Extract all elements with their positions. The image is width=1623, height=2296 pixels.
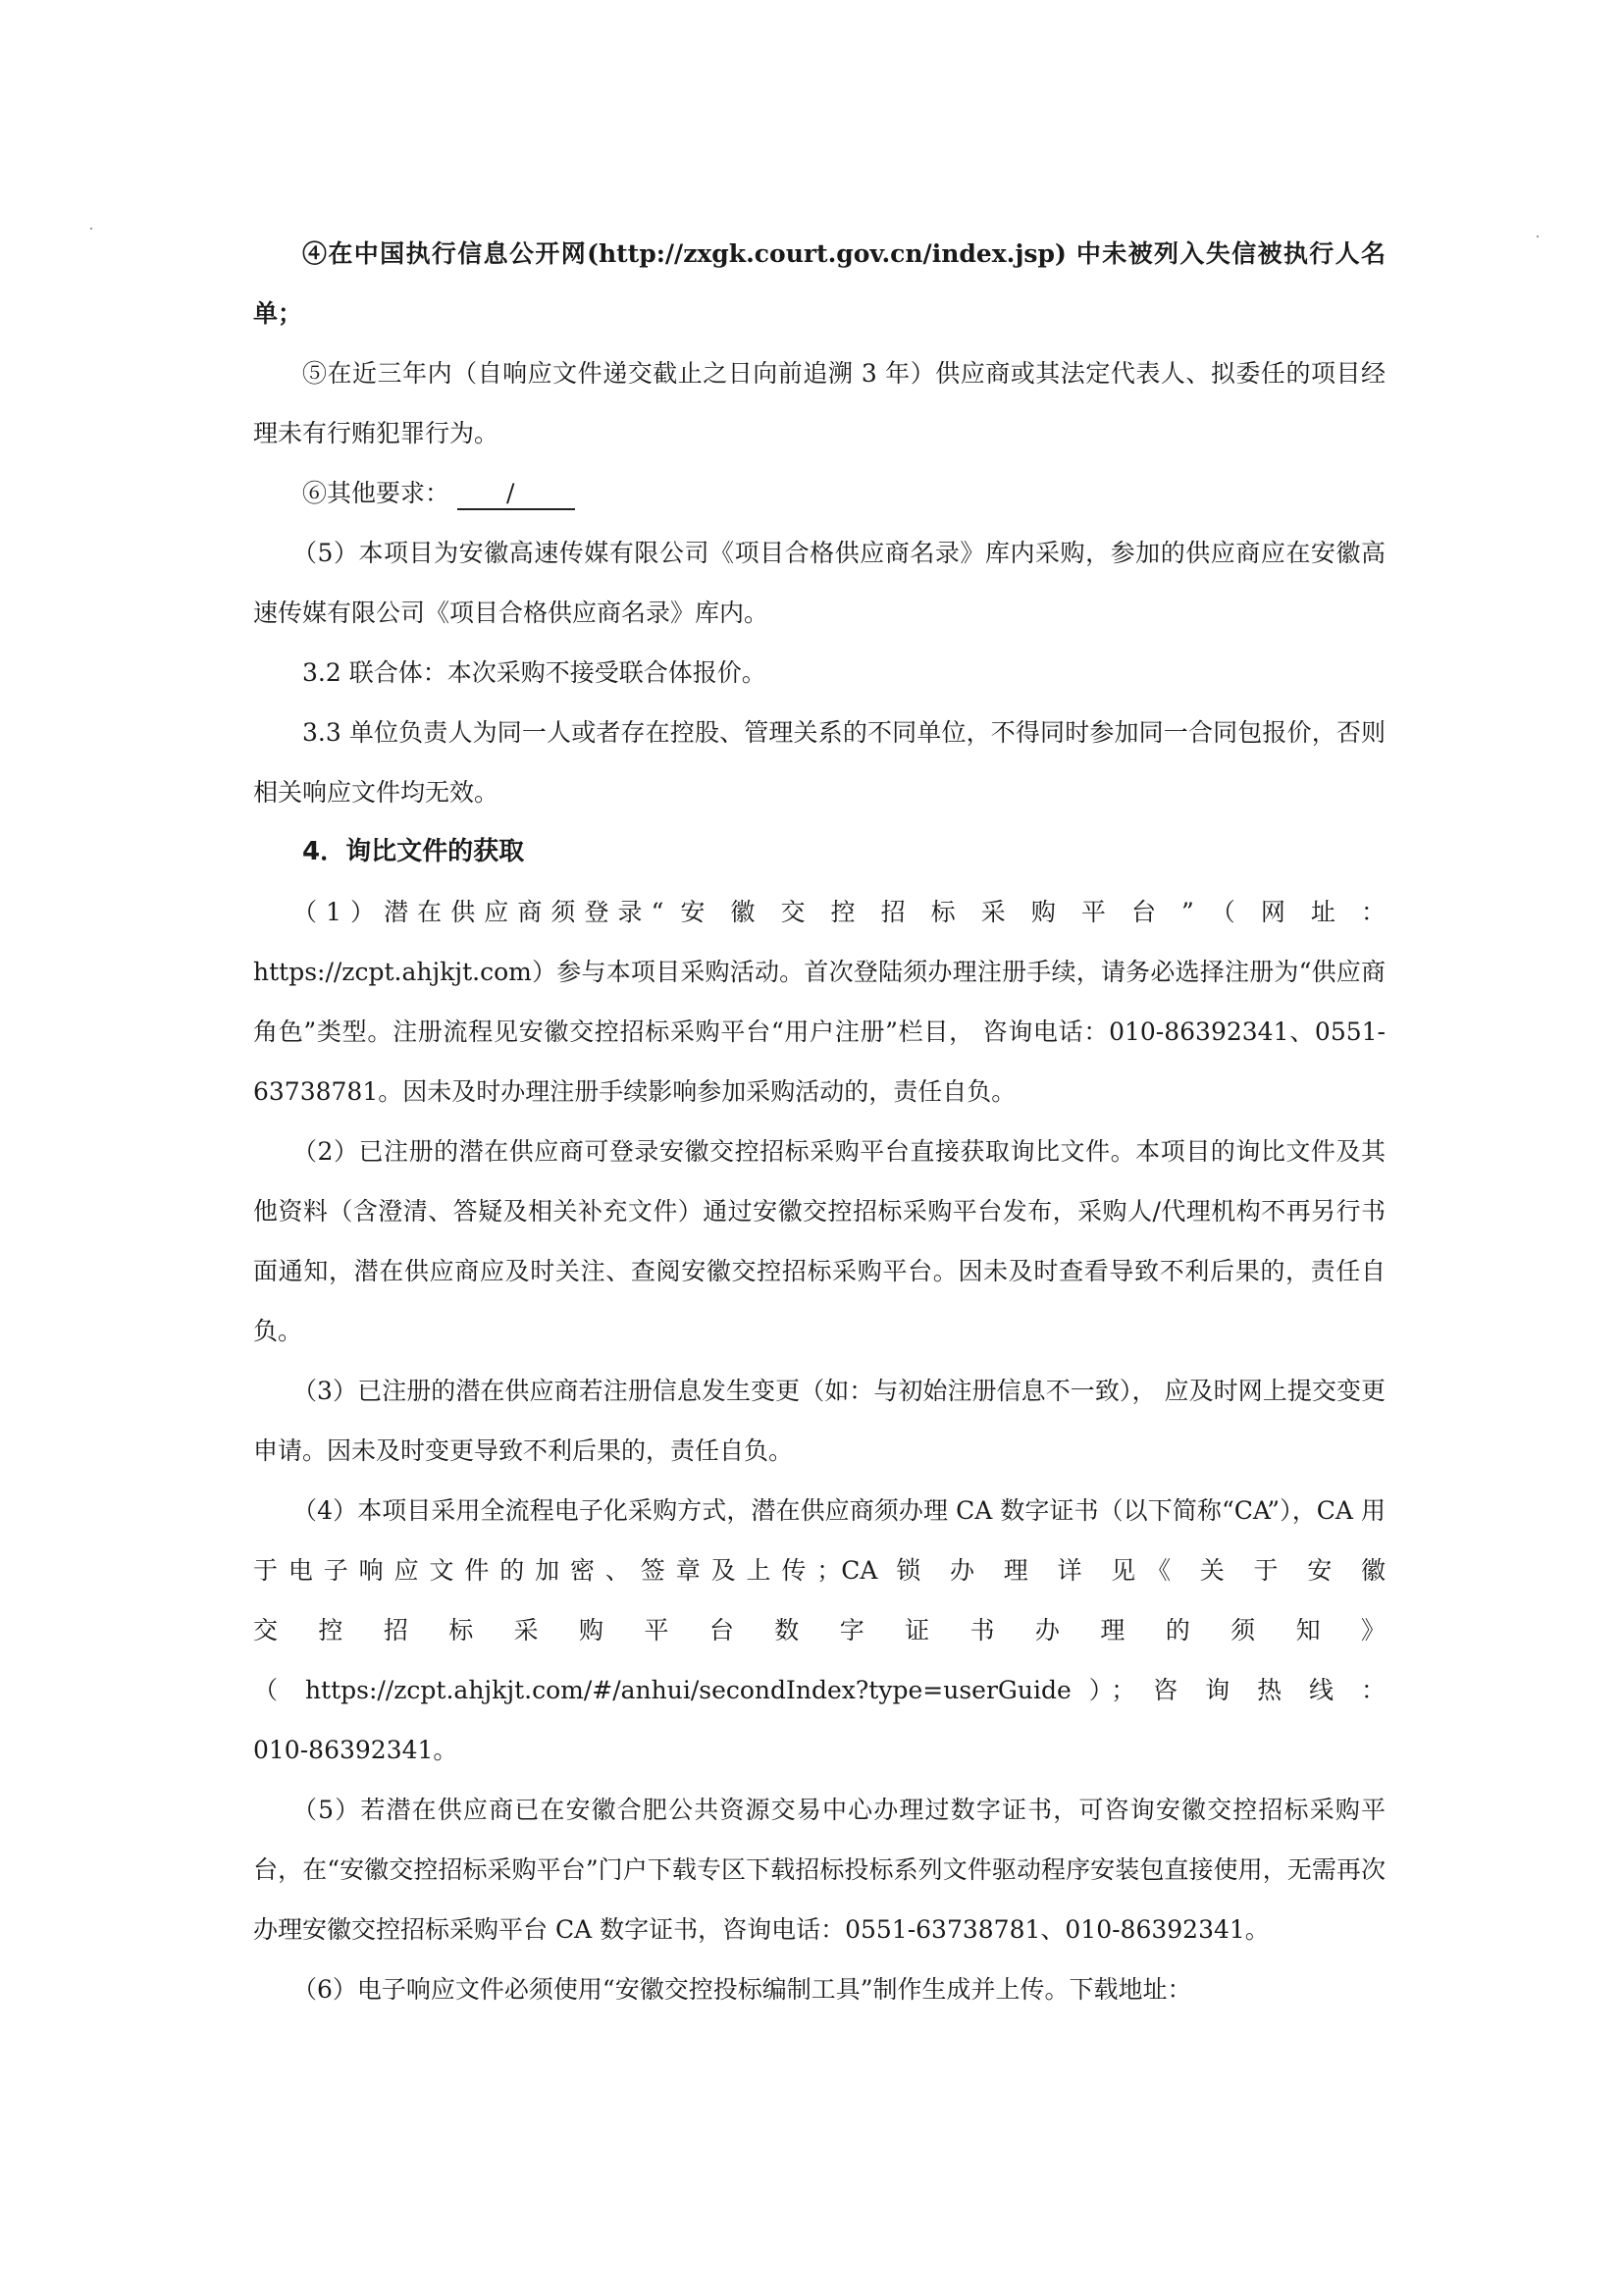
clause-5-supplier-list: （5）本项目为安徽高速传媒有限公司《项目合格供应商名录》库内采购，参加的供应商应… — [253, 523, 1386, 643]
section-4-item-1-line1: （1）潜在供应商须登录“ 安 徽 交 控 招 标 采 购 平 台 ” （ 网 址… — [253, 882, 1386, 942]
section-4-item-6: （6）电子响应文件必须使用“安徽交控投标编制工具”制作生成并上传。下载地址： — [253, 1959, 1386, 2019]
document-page: ④在中国执行信息公开网(http://zxgk.court.gov.cn/ind… — [253, 224, 1386, 2019]
section-4-item-2: （2）已注册的潜在供应商可登录安徽交控招标采购平台直接获取询比文件。本项目的询比… — [253, 1122, 1386, 1361]
section-3-2: 3.2 联合体：本次采购不接受联合体报价。 — [253, 643, 1386, 703]
scan-speck-right — [1537, 235, 1539, 237]
section-4-item-3: （3）已注册的潜在供应商若注册信息发生变更（如：与初始注册信息不一致）， 应及时… — [253, 1361, 1386, 1481]
scan-speck-left — [90, 228, 92, 230]
section-4-item-4-url-line: （ https://zcpt.ahjkjt.com/#/anhui/second… — [253, 1660, 1386, 1720]
section-4-item-4-part-a: （4）本项目采用全流程电子化采购方式，潜在供应商须办理 CA 数字证书（以下简称… — [253, 1481, 1386, 1600]
section-4-item-4-part-b: 交 控 招 标 采 购 平 台 数 字 证 书 办 理 的 须 知 》 — [253, 1600, 1386, 1660]
section-4-item-5: （5）若潜在供应商已在安徽合肥公共资源交易中心办理过数字证书，可咨询安徽交控招标… — [253, 1780, 1386, 1959]
requirement-4: ④在中国执行信息公开网(http://zxgk.court.gov.cn/ind… — [253, 224, 1386, 343]
requirement-6-label: ⑥其他要求： — [302, 479, 449, 507]
section-4-item-4-phone: 010-86392341。 — [253, 1720, 1386, 1780]
section-4-item-1-body: https://zcpt.ahjkjt.com）参与本项目采购活动。首次登陆须办… — [253, 942, 1386, 1122]
section-3-3: 3.3 单位负责人为同一人或者存在控股、管理关系的不同单位，不得同时参加同一合同… — [253, 703, 1386, 822]
section-4-heading: 4．询比文件的获取 — [253, 822, 1386, 882]
requirement-6-value: / — [457, 479, 575, 510]
requirement-5: ⑤在近三年内（自响应文件递交截止之日向前追溯 3 年）供应商或其法定代表人、拟委… — [253, 343, 1386, 463]
requirement-6: ⑥其他要求： / — [253, 463, 1386, 523]
